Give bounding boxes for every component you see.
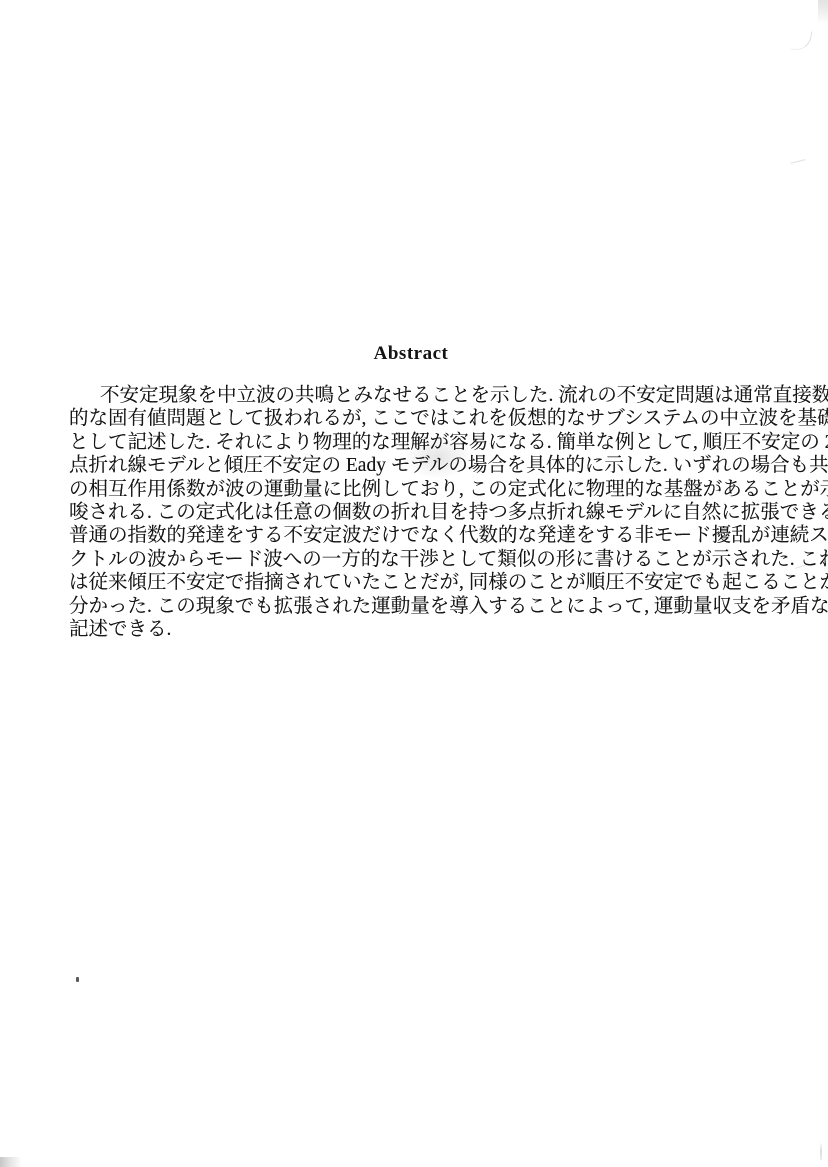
abstract-line: の相互作用係数が波の運動量に比例しており, この定式化に物理的な基盤があることが… [69, 478, 753, 501]
scan-artifact-bottom-right-line [820, 1142, 822, 1160]
abstract-line: 的な固有値問題として扱われるが, ここではこれを仮想的なサブシステムの中立波を基… [69, 407, 753, 430]
abstract-line: として記述した. それにより物理的な理解が容易になる. 簡単な例として, 順圧不… [69, 431, 753, 454]
abstract-paragraph: 不安定現象を中立波の共鳴とみなせることを示した. 流れの不安定問題は通常直接数学… [69, 384, 753, 641]
abstract-line: 不安定現象を中立波の共鳴とみなせることを示した. 流れの不安定問題は通常直接数学 [69, 384, 753, 407]
scan-artifact-right-dash-upper [789, 154, 805, 163]
scan-artifact-top-right-curve [791, 29, 813, 52]
scan-artifact-top-right-streak [818, 0, 828, 24]
scan-artifact-bottom-left-smudge [0, 1157, 22, 1167]
abstract-title: Abstract [69, 343, 753, 365]
abstract-line: 分かった. この現象でも拡張された運動量を導入することによって, 運動量収支を矛… [69, 595, 753, 618]
abstract-line: は従来傾圧不安定で指摘されていたことだが, 同様のことが順圧不安定でも起こること… [69, 571, 753, 594]
abstract-line: 唆される. この定式化は任意の個数の折れ目を持つ多点折れ線モデルに自然に拡張でき… [69, 501, 753, 524]
scanned-page: Abstract 不安定現象を中立波の共鳴とみなせることを示した. 流れの不安定… [0, 0, 828, 1167]
abstract-line: 点折れ線モデルと傾圧不安定の Eady モデルの場合を具体的に示した. いずれの… [69, 454, 753, 477]
abstract-line: クトルの波からモード波への一方的な干渉として類似の形に書けることが示された. こ… [69, 548, 753, 571]
abstract-line: 普通の指数的発達をする不安定波だけでなく代数的な発達をする非モード擾乱が連続スペ [69, 524, 753, 547]
abstract-line: 記述できる. [69, 618, 753, 641]
scan-artifact-left-speck [76, 977, 79, 982]
